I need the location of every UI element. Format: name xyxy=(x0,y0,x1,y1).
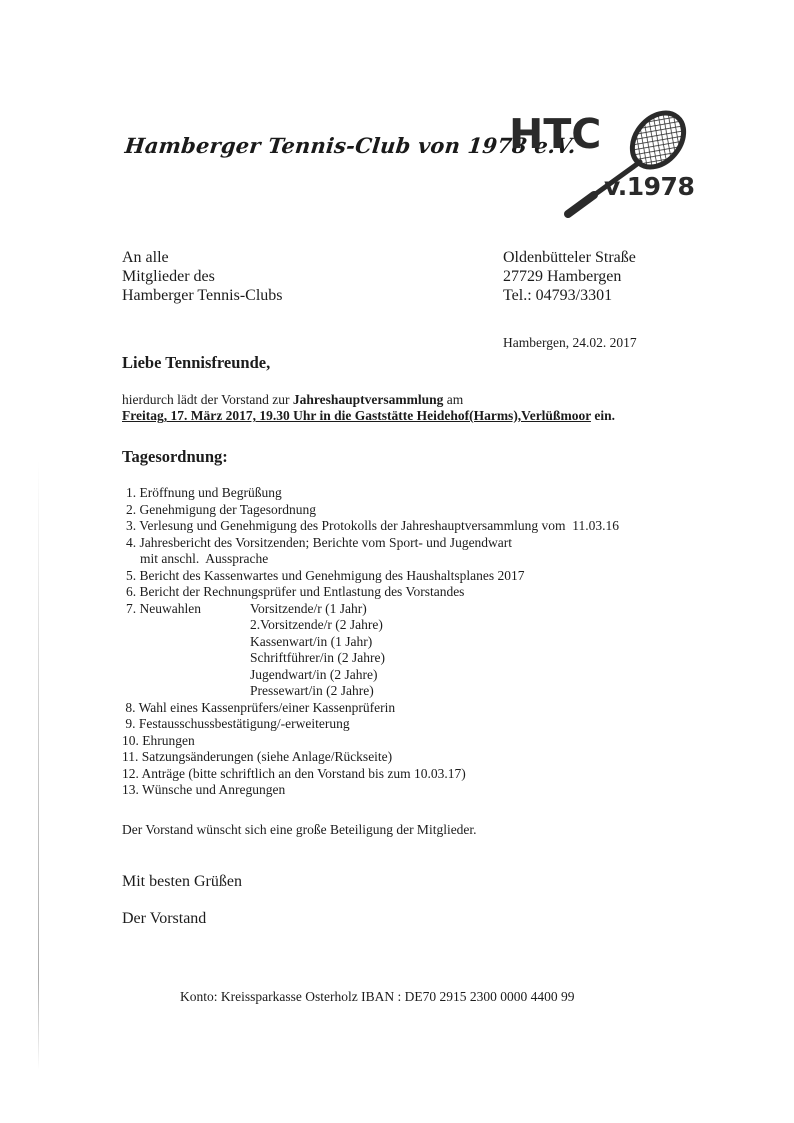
elections-label: 7. Neuwahlen xyxy=(126,601,250,618)
intro-suffix: ein. xyxy=(591,408,615,423)
recipient-line: An alle xyxy=(122,248,282,267)
recipient-block: An alle Mitglieder des Hamberger Tennis-… xyxy=(122,248,282,305)
agenda-item: 6. Bericht der Rechnungsprüfer und Entla… xyxy=(126,584,619,601)
sender-city: 27729 Hambergen xyxy=(503,267,636,286)
agenda-item: 12. Anträge (bitte schriftlich an den Vo… xyxy=(122,766,619,783)
club-logo: HTC v.1978 xyxy=(505,100,690,220)
agenda-item: 10. Ehrungen xyxy=(122,733,619,750)
sender-address-block: Oldenbütteler Straße 27729 Hambergen Tel… xyxy=(503,248,636,305)
election-position: Schriftführer/in (2 Jahre) xyxy=(126,650,619,667)
agenda-item-continuation: mit anschl. Aussprache xyxy=(126,551,619,568)
meeting-name: Jahreshauptversammlung xyxy=(293,392,444,407)
recipient-line: Hamberger Tennis-Clubs xyxy=(122,286,282,305)
agenda-item: 3. Verlesung und Genehmigung des Protoko… xyxy=(126,518,619,535)
logo-year: v.1978 xyxy=(604,172,694,201)
signature: Der Vorstand xyxy=(122,910,206,928)
agenda-item: 5. Bericht des Kassenwartes und Genehmig… xyxy=(126,568,619,585)
recipient-line: Mitglieder des xyxy=(122,267,282,286)
sender-phone: Tel.: 04793/3301 xyxy=(503,286,636,305)
agenda-item: 13. Wünsche und Anregungen xyxy=(122,782,619,799)
election-position: Kassenwart/in (1 Jahr) xyxy=(126,634,619,651)
agenda-list: 1. Eröffnung und Begrüßung 2. Genehmigun… xyxy=(126,485,619,799)
election-position: Vorsitzende/r (1 Jahr) xyxy=(250,601,367,618)
intro-text: hierdurch lädt der Vorstand zur xyxy=(122,392,293,407)
scan-artifact-line xyxy=(38,460,39,1070)
agenda-item: 9. Festausschussbestätigung/-erweiterung xyxy=(122,716,619,733)
agenda-item-elections: 7. Neuwahlen Vorsitzende/r (1 Jahr) xyxy=(126,601,619,618)
regards: Mit besten Grüßen xyxy=(122,873,242,891)
closing-sentence: Der Vorstand wünscht sich eine große Bet… xyxy=(122,822,477,838)
election-position: Pressewart/in (2 Jahre) xyxy=(126,683,619,700)
meeting-date-location: Freitag, 17. März 2017, 19.30 Uhr in die… xyxy=(122,408,591,423)
letter-date: Hambergen, 24.02. 2017 xyxy=(503,335,637,351)
election-position: Jugendwart/in (2 Jahre) xyxy=(126,667,619,684)
agenda-item: 8. Wahl eines Kassenprüfers/einer Kassen… xyxy=(122,700,619,717)
election-position: 2.Vorsitzende/r (2 Jahre) xyxy=(126,617,619,634)
sender-street: Oldenbütteler Straße xyxy=(503,248,636,267)
agenda-item: 2. Genehmigung der Tagesordnung xyxy=(126,502,619,519)
agenda-item: 4. Jahresbericht des Vorsitzenden; Beric… xyxy=(126,535,619,552)
agenda-item: 1. Eröffnung und Begrüßung xyxy=(126,485,619,502)
greeting: Liebe Tennisfreunde, xyxy=(122,353,270,373)
agenda-item: 11. Satzungsänderungen (siehe Anlage/Rüc… xyxy=(122,749,619,766)
invitation-paragraph: hierdurch lädt der Vorstand zur Jahresha… xyxy=(122,392,615,424)
logo-abbreviation: HTC xyxy=(509,110,601,158)
bank-details: Konto: Kreissparkasse Osterholz IBAN : D… xyxy=(180,989,574,1005)
agenda-title: Tagesordnung: xyxy=(122,447,228,467)
intro-text-after: am xyxy=(443,392,463,407)
